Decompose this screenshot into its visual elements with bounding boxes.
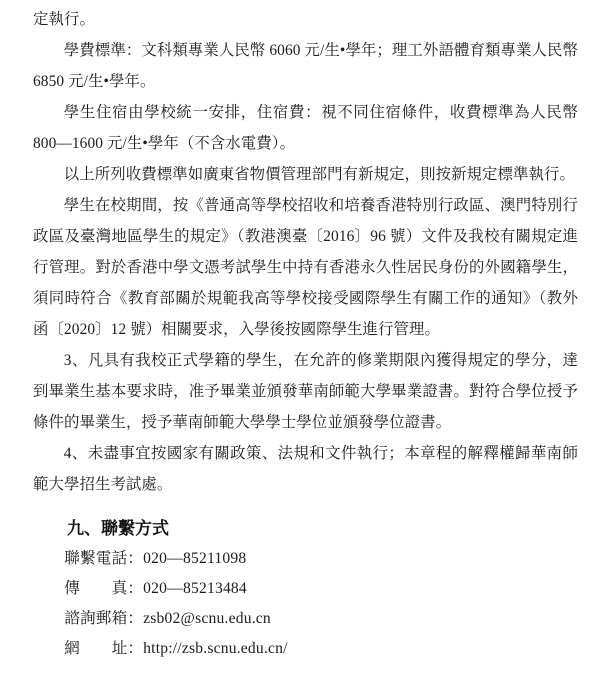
contact-label-website: 網 址： [64,640,143,657]
paragraph-accommodation: 學生住宿由學校統一安排，住宿費：視不同住宿條件，收費標準為人民幣 800—160… [33,97,578,159]
contact-label-phone: 聯繫電話： [64,550,143,567]
contact-label-email: 諮詢郵箱： [64,610,143,627]
paragraph-tuition-fees: 學費標準：文科類專業人民幣 6060 元/生•學年；理工外語體育類專業人民幣 6… [33,35,578,97]
contact-row-email: 諮詢郵箱：zsb02@scnu.edu.cn [33,604,578,634]
paragraph-miscellaneous: 4、未盡事宜按國家有關政策、法規和文件執行；本章程的解釋權歸華南師範大學招生考試… [33,438,578,500]
contact-label-fax: 傳 真： [64,580,143,597]
section-heading-contact: 九、聯繫方式 [33,513,578,544]
contact-value-website: http://zsb.scnu.edu.cn/ [143,640,288,657]
contact-value-email: zsb02@scnu.edu.cn [143,610,271,627]
paragraph-fee-regulation: 以上所列收費標準如廣東省物價管理部門有新規定，則按新規定標準執行。 [33,159,578,190]
contact-row-phone: 聯繫電話：020—85211098 [33,544,578,574]
contact-value-phone: 020—85211098 [143,550,246,567]
paragraph-graduation: 3、凡具有我校正式學籍的學生，在允許的修業期限內獲得規定的學分，達到畢業生基本要… [33,345,578,438]
contact-value-fax: 020—85213484 [143,580,247,597]
paragraph-student-management: 學生在校期間，按《普通高等學校招收和培養香港特別行政區、澳門特別行政區及臺灣地區… [33,190,578,345]
paragraph-continuation: 定執行。 [33,4,578,35]
contact-row-website: 網 址：http://zsb.scnu.edu.cn/ [33,634,578,664]
contact-row-fax: 傳 真：020—85213484 [33,574,578,604]
document-page: 定執行。 學費標準：文科類專業人民幣 6060 元/生•學年；理工外語體育類專業… [0,0,611,686]
